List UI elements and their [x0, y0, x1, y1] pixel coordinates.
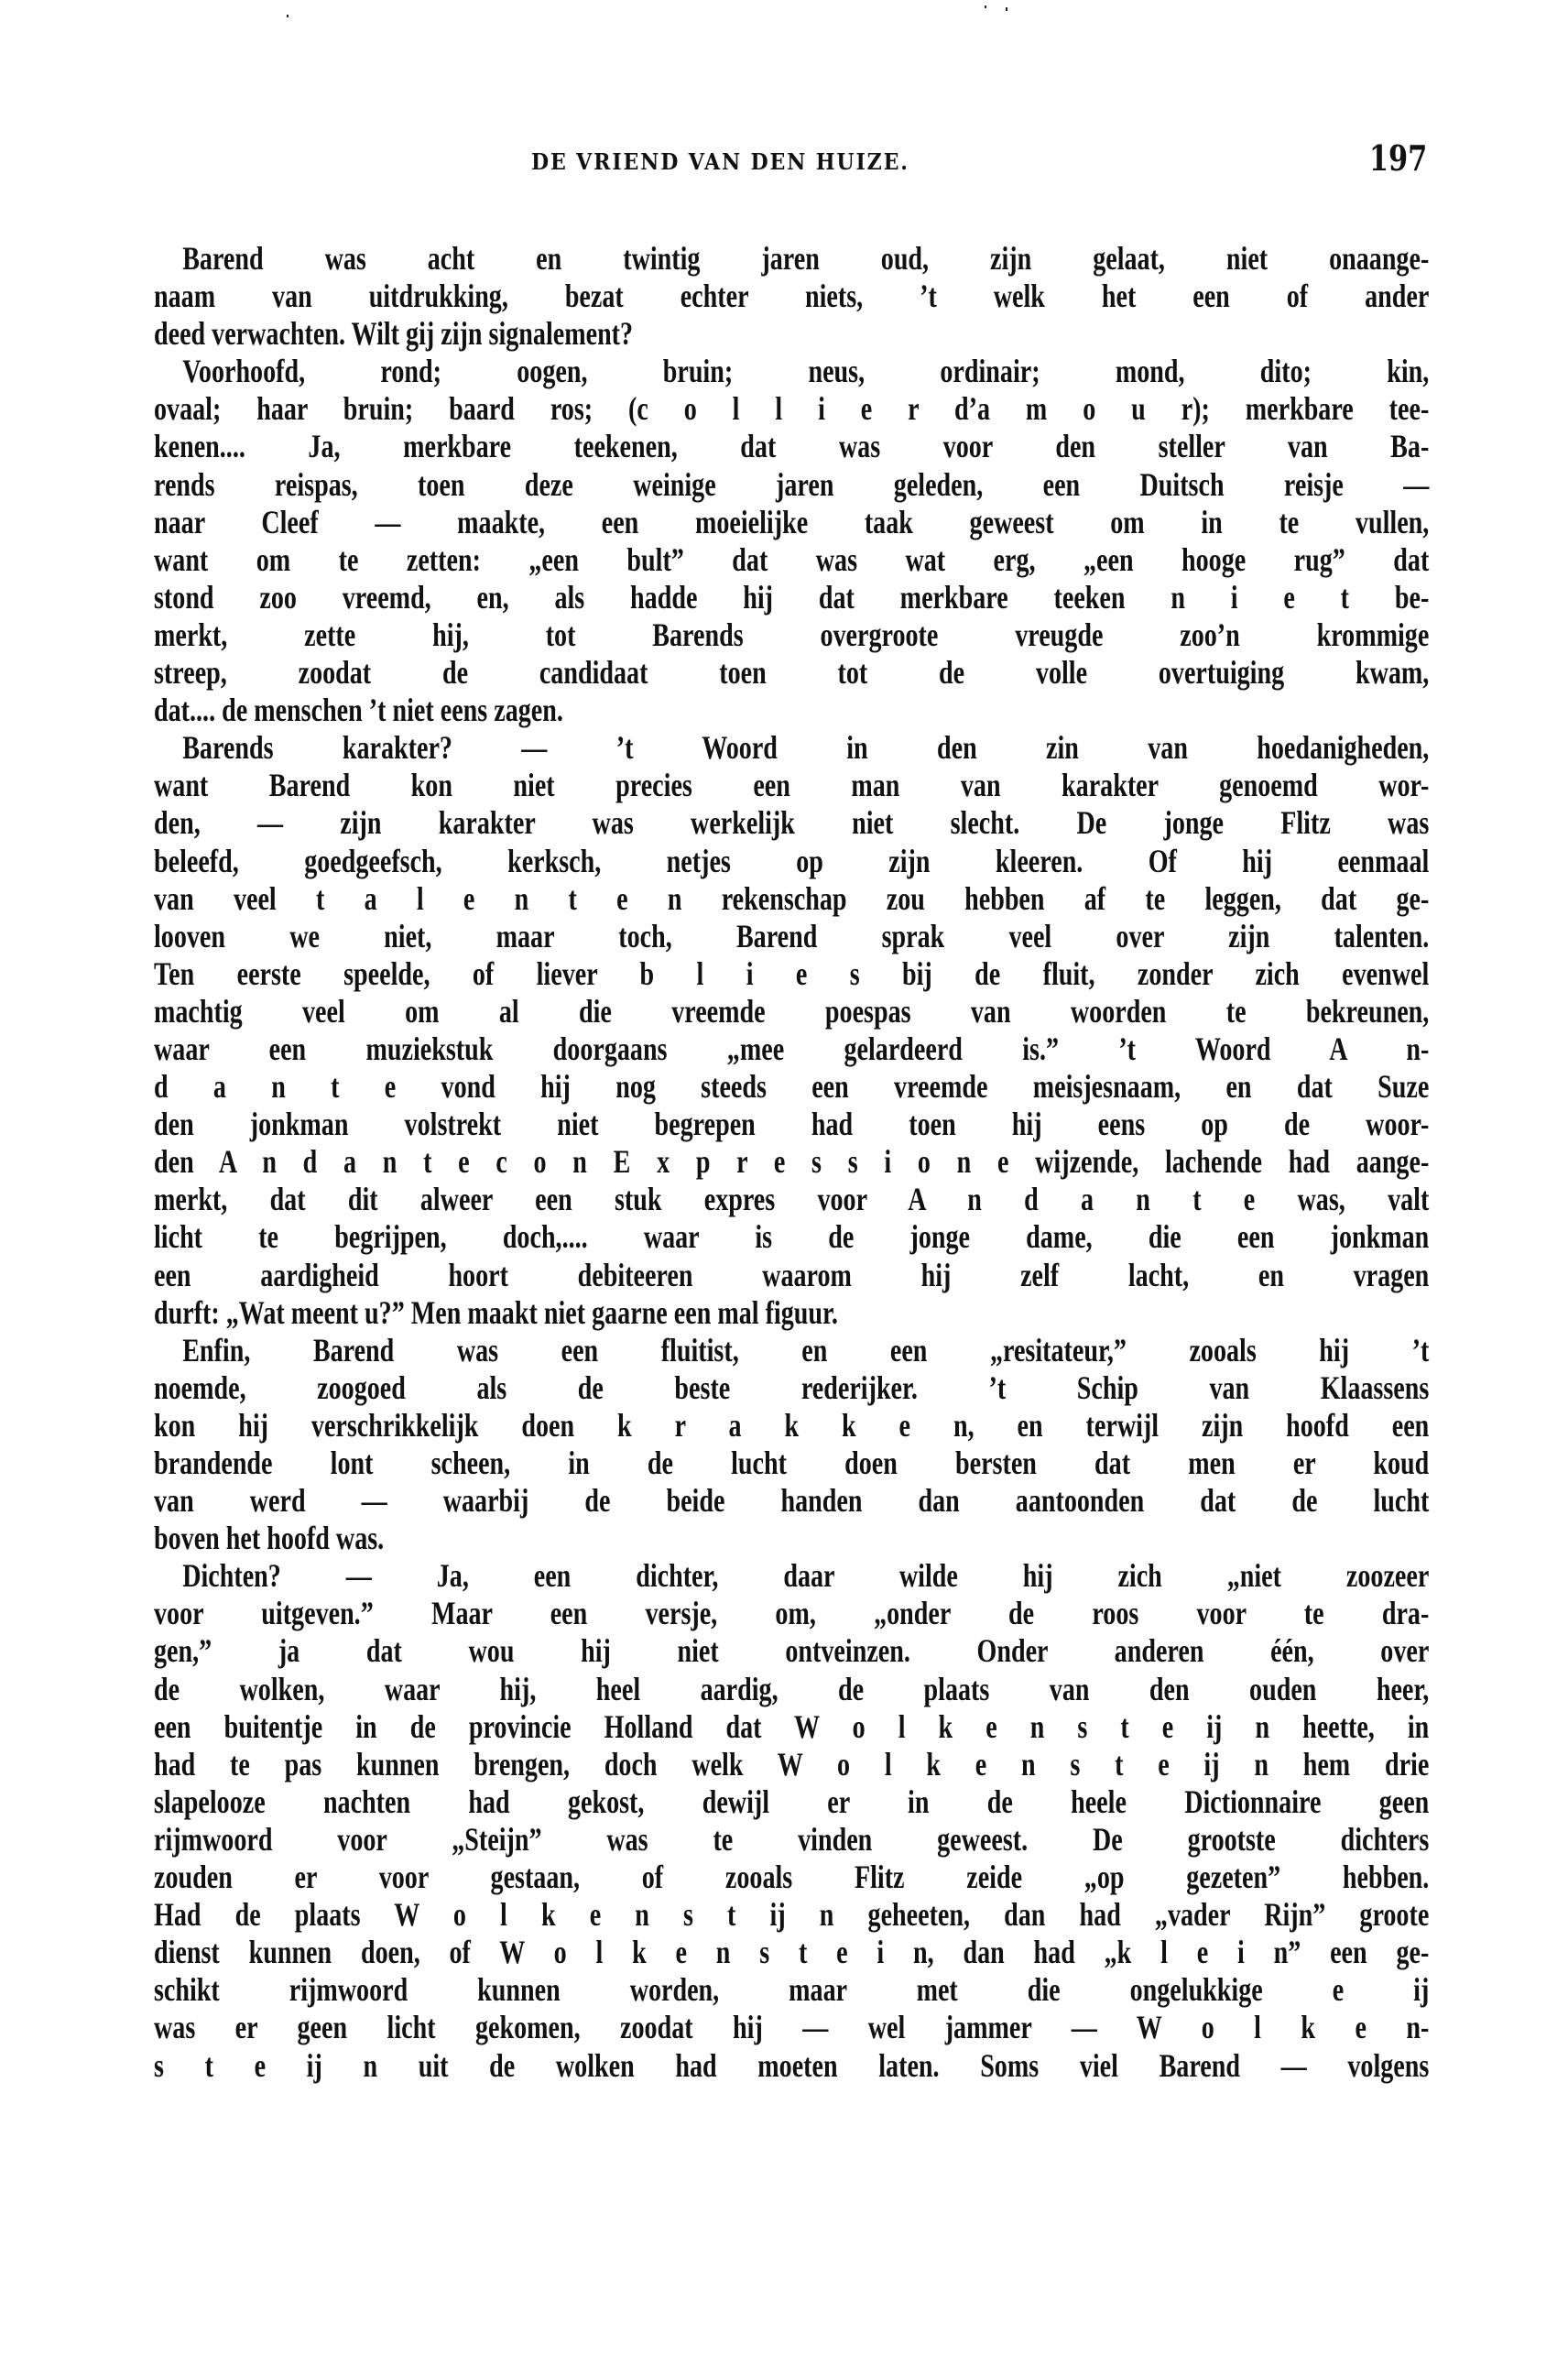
text-line: rijmwoord voor „Steijn” was te vinden ge…	[154, 1821, 1429, 1859]
text-line: zouden er voor gestaan, of zooals Flitz …	[154, 1859, 1429, 1896]
text-line: stond zoo vreemd, en, als hadde hij dat …	[154, 579, 1429, 616]
text-line: had te pas kunnen brengen, doch welk W o…	[154, 1746, 1429, 1783]
text-line: schikt rijmwoord kunnen worden, maar met…	[154, 1971, 1429, 2009]
text-line: licht te begrijpen, doch,.... waar is de…	[154, 1218, 1429, 1256]
text-line: Dichten? — Ja, een dichter, daar wilde h…	[154, 1557, 1429, 1595]
body-text: Barend was acht en twintig jaren oud, zi…	[154, 240, 1429, 2085]
text-line: den A n d a n t e c o n E x p r e s s i …	[154, 1143, 1429, 1181]
text-line: slapelooze nachten had gekost, dewijl er…	[154, 1783, 1429, 1821]
text-line: een aardigheid hoort debiteeren waarom h…	[154, 1257, 1429, 1294]
running-title: DE VRIEND VAN DEN HUIZE.	[531, 148, 909, 175]
text-line: Ten eerste speelde, of liever b l i e s …	[154, 955, 1429, 993]
text-line: Voorhoofd, rond; oogen, bruin; neus, ord…	[154, 353, 1429, 390]
text-line: den, — zijn karakter was werkelijk niet …	[154, 804, 1429, 842]
text-line: een buitentje in de provincie Holland da…	[154, 1708, 1429, 1746]
text-line: boven het hoofd was.	[154, 1520, 1429, 1557]
text-line: merkt, dat dit alweer een stuk expres vo…	[154, 1181, 1429, 1218]
scan-speck	[985, 5, 986, 8]
text-line: dienst kunnen doen, of W o l k e n s t e…	[154, 1934, 1429, 1971]
text-line: naam van uitdrukking, bezat echter niets…	[154, 278, 1429, 315]
text-line: gen,” ja dat wou hij niet ontveinzen. On…	[154, 1632, 1429, 1670]
text-line: dat.... de menschen ’t niet eens zagen.	[154, 692, 1429, 729]
text-line: want om te zetten: „een bult” dat was wa…	[154, 541, 1429, 579]
text-line: van werd — waarbij de beide handen dan a…	[154, 1482, 1429, 1520]
text-line: rends reispas, toen deze weinige jaren g…	[154, 466, 1429, 504]
text-line: waar een muziekstuk doorgaans „mee gelar…	[154, 1030, 1429, 1068]
text-line: den jonkman volstrekt niet begrepen had …	[154, 1106, 1429, 1143]
text-line: kon hij verschrikkelijk doen k r a k k e…	[154, 1407, 1429, 1445]
text-line: Barend was acht en twintig jaren oud, zi…	[154, 240, 1429, 278]
text-line: beleefd, goedgeefsch, kerksch, netjes op…	[154, 843, 1429, 880]
text-line: merkt, zette hij, tot Barends overgroote…	[154, 616, 1429, 654]
text-line: brandende lont scheen, in de lucht doen …	[154, 1445, 1429, 1482]
text-line: s t e ij n uit de wolken had moeten late…	[154, 2047, 1429, 2085]
text-line: naar Cleef — maakte, een moeielijke taak…	[154, 504, 1429, 541]
text-line: kenen.... Ja, merkbare teekenen, dat was…	[154, 428, 1429, 465]
text-line: voor uitgeven.” Maar een versje, om, „on…	[154, 1595, 1429, 1632]
scan-speck	[287, 15, 289, 17]
text-line: streep, zoodat de candidaat toen tot de …	[154, 654, 1429, 692]
text-line: Had de plaats W o l k e n s t ij n gehee…	[154, 1896, 1429, 1934]
text-line: durft: „Wat meent u?” Men maakt niet gaa…	[154, 1294, 1429, 1332]
text-line: ovaal; haar bruin; baard ros; (c o l l i…	[154, 390, 1429, 428]
text-line: Enfin, Barend was een fluitist, en een „…	[154, 1332, 1429, 1369]
text-line: deed verwachten. Wilt gij zijn signaleme…	[154, 315, 1429, 353]
text-line: was er geen licht gekomen, zoodat hij — …	[154, 2009, 1429, 2046]
text-line: looven we niet, maar toch, Barend sprak …	[154, 918, 1429, 955]
text-line: machtig veel om al die vreemde poespas v…	[154, 993, 1429, 1030]
text-line: van veel t a l e n t e n rekenschap zou …	[154, 880, 1429, 918]
scan-speck	[1006, 7, 1007, 11]
text-line: want Barend kon niet precies een man van…	[154, 767, 1429, 804]
running-head: DE VRIEND VAN DEN HUIZE. 197	[154, 137, 1429, 183]
text-line: d a n t e vond hij nog steeds een vreemd…	[154, 1068, 1429, 1106]
text-line: de wolken, waar hij, heel aardig, de pla…	[154, 1671, 1429, 1708]
text-line: Barends karakter? — ’t Woord in den zin …	[154, 729, 1429, 767]
book-page: DE VRIEND VAN DEN HUIZE. 197 Barend was …	[154, 0, 1429, 2355]
page-number: 197	[1369, 137, 1427, 179]
text-line: noemde, zoogoed als de beste rederijker.…	[154, 1369, 1429, 1407]
